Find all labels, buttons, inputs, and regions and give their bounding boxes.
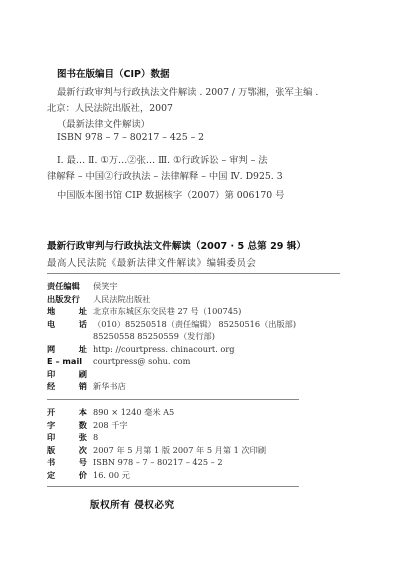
info-value: 侯笑宇 (93, 281, 118, 292)
spec-label: 字数 (47, 420, 93, 431)
cip-line-title: 最新行政审判与行政执法文件解读 . 2007 / 万鄂湘，张军主编 . (57, 84, 318, 98)
info-label (47, 331, 93, 342)
cip-heading: 图书在版编目（CIP）数据 (57, 66, 169, 80)
info-value: （010）85250518（责任编辑） 85250516（出版部) (93, 319, 296, 330)
spec-label: 版次 (47, 445, 93, 456)
cip-line-record-number: 中国版本图书馆 CIP 数据核字（2007）第 006170 号 (57, 187, 284, 201)
spec-label: 定价 (47, 470, 93, 481)
info-label: 经销 (47, 381, 93, 392)
spec-value: 890 × 1240 毫米 A5 (93, 407, 174, 418)
info-row-printer: 印刷 (47, 369, 93, 380)
info-row-phone-cont: 85250558 85250559（发行部) (47, 331, 215, 342)
info-label: 网址 (47, 344, 93, 355)
spec-label: 印张 (47, 432, 93, 443)
info-value: 北京市东城区东交民巷 27 号（100745) (93, 306, 241, 317)
cip-line-publisher: 北京：人民法院出版社，2007 (47, 100, 173, 114)
spec-row-price: 定价 16. 00 元 (47, 470, 130, 481)
spec-value: 16. 00 元 (93, 470, 130, 481)
info-label: 电话 (47, 319, 93, 330)
info-label: 印刷 (47, 369, 93, 380)
info-label: 地址 (47, 306, 93, 317)
copyright-notice: 版权所有 侵权必究 (90, 497, 175, 511)
spec-row-isbn: 书号 ISBN 978 – 7 – 80217 – 425 – 2 (47, 457, 223, 468)
website-link: http: //courtpress. chinacourt. org (93, 344, 235, 355)
info-row-email: E – mail courtpress@ sohu. com (47, 356, 190, 366)
spec-row-edition: 版次 2007 年 5 月第 1 版 2007 年 5 月第 1 次印刷 (47, 445, 266, 456)
spec-row-sheets: 印张 8 (47, 432, 98, 443)
info-row-publisher: 出版发行 人民法院出版社 (47, 294, 150, 305)
cip-line-classification-1: Ⅰ. 最… Ⅱ. ①万…②张… Ⅲ. ①行政诉讼 – 审判 – 法 (57, 152, 268, 166)
info-row-address: 地址 北京市东城区东交民巷 27 号（100745) (47, 306, 241, 317)
spec-value: 8 (93, 432, 98, 443)
info-row-website: 网址 http: //courtpress. chinacourt. org (47, 344, 235, 355)
cip-line-isbn: ISBN 978 – 7 – 80217 – 425 – 2 (57, 132, 204, 143)
cip-line-series: （最新法律文件解读） (57, 116, 150, 130)
info-row-phone: 电话 （010）85250518（责任编辑） 85250516（出版部) (47, 319, 296, 330)
info-label: 出版发行 (47, 294, 93, 305)
info-label: E – mail (47, 356, 93, 366)
divider-top (47, 273, 340, 274)
spec-row-word-count: 字数 208 千字 (47, 420, 128, 431)
spec-label: 开本 (47, 407, 93, 418)
spec-row-format: 开本 890 × 1240 毫米 A5 (47, 407, 174, 418)
info-value: 人民法院出版社 (93, 294, 150, 305)
spec-value: ISBN 978 – 7 – 80217 – 425 – 2 (93, 457, 223, 468)
email-value: courtpress@ sohu. com (93, 356, 190, 366)
series-title: 最新行政审判与行政执法文件解读（2007 · 5 总第 29 辑） (47, 238, 306, 252)
spec-value: 208 千字 (93, 420, 128, 431)
info-value: 新华书店 (93, 381, 126, 392)
spec-value: 2007 年 5 月第 1 版 2007 年 5 月第 1 次印刷 (93, 445, 266, 456)
info-label: 责任编辑 (47, 281, 93, 292)
spec-label: 书号 (47, 457, 93, 468)
editorial-board: 最高人民法院《最新法律文件解读》编辑委员会 (47, 255, 256, 269)
divider-middle (47, 399, 299, 400)
info-row-editor: 责任编辑 侯笑宇 (47, 281, 118, 292)
cip-line-classification-2: 律解释 – 中国②行政执法 – 法律解释 – 中国 Ⅳ. D925. 3 (47, 168, 283, 182)
info-row-distributor: 经销 新华书店 (47, 381, 126, 392)
info-value: 85250558 85250559（发行部) (93, 331, 215, 342)
divider-bottom (47, 486, 299, 487)
